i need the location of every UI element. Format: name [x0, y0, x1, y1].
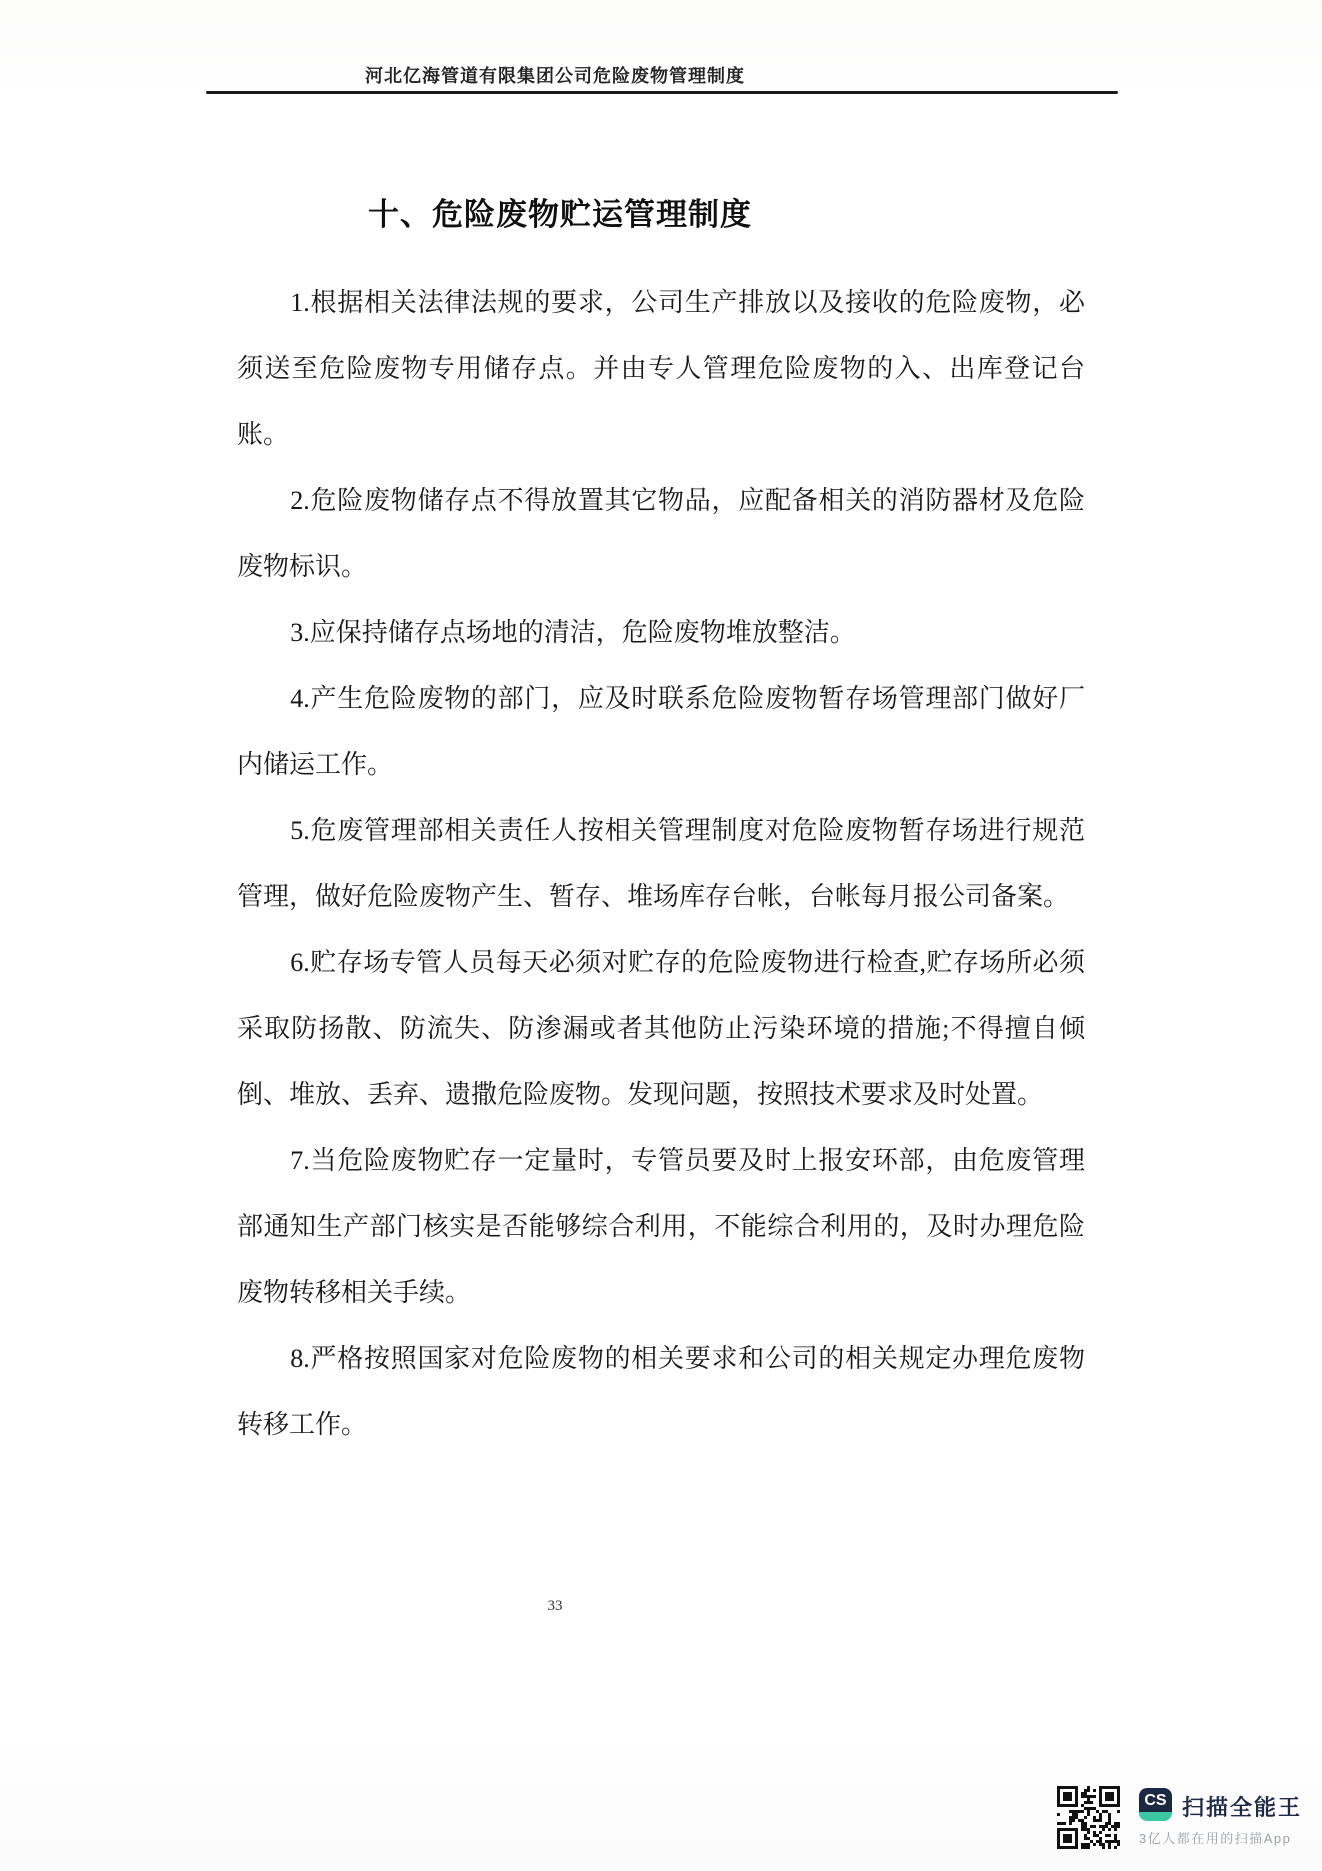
paragraph: 3.应保持储存点场地的清洁，危险废物堆放整洁。 [237, 600, 1085, 666]
paragraph: 7.当危险废物贮存一定量时，专管员要及时上报安环部，由危废管理部通知生产部门核实… [237, 1128, 1085, 1326]
page-number: 33 [0, 1598, 1110, 1615]
paragraph: 8.严格按照国家对危险废物的相关要求和公司的相关规定办理危废物转移工作。 [237, 1326, 1085, 1458]
camscanner-logo-icon: CS [1139, 1788, 1172, 1821]
paragraph: 4.产生危险废物的部门，应及时联系危险废物暂存场管理部门做好厂内储运工作。 [237, 666, 1085, 798]
paragraph: 6.贮存场专管人员每天必须对贮存的危险废物进行检查,贮存场所必须采取防扬散、防流… [237, 930, 1085, 1128]
scanned-document-page: 河北亿海管道有限集团公司危险废物管理制度 十、危险废物贮运管理制度 1.根据相关… [0, 0, 1322, 1871]
paragraph: 2.危险废物储存点不得放置其它物品，应配备相关的消防器材及危险废物标识。 [237, 468, 1085, 600]
page-title: 十、危险废物贮运管理制度 [0, 189, 1120, 234]
qr-code-icon [1057, 1786, 1120, 1849]
document-body: 1.根据相关法律法规的要求，公司生产排放以及接收的危险废物，必须送至危险废物专用… [237, 270, 1085, 1458]
paragraph: 1.根据相关法律法规的要求，公司生产排放以及接收的危险废物，必须送至危险废物专用… [237, 270, 1085, 468]
camscanner-tagline: 3亿人都在用的扫描App [1139, 1828, 1291, 1847]
document-header: 河北亿海管道有限集团公司危险废物管理制度 [105, 62, 1005, 88]
paragraph: 5.危废管理部相关责任人按相关管理制度对危险废物暂存场进行规范管理，做好危险废物… [237, 798, 1085, 930]
camscanner-app-name: 扫描全能王 [1182, 1791, 1302, 1822]
header-divider [206, 91, 1118, 94]
